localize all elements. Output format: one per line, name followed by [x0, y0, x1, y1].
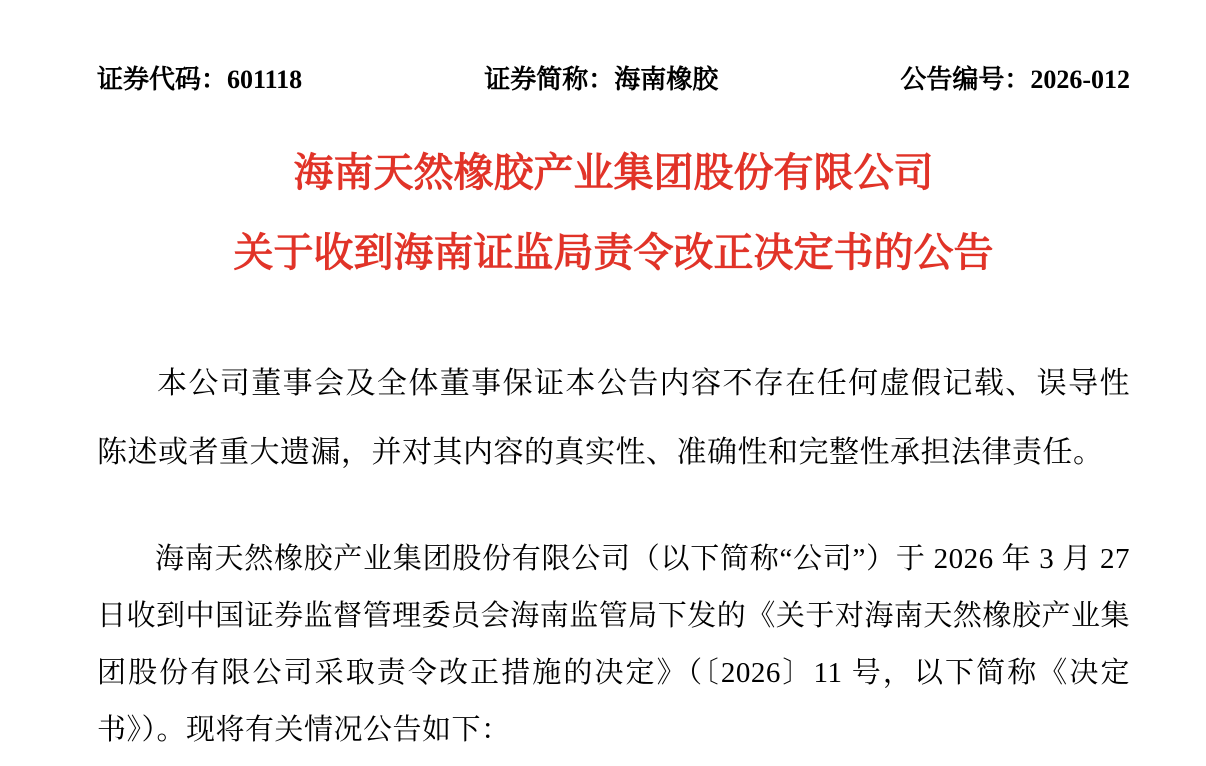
document-page: 证券代码：601118 证券简称：海南橡胶 公告编号：2026-012 海南天然… — [0, 0, 1206, 766]
company-name-title: 海南天然橡胶产业集团股份有限公司 — [97, 149, 1130, 197]
securities-header: 证券代码：601118 证券简称：海南橡胶 公告编号：2026-012 — [97, 64, 1130, 97]
stock-short-name: 证券简称：海南橡胶 — [484, 64, 718, 97]
announcement-number: 公告编号：2026-012 — [900, 64, 1130, 97]
body-paragraph: 海南天然橡胶产业集团股份有限公司（以下简称“公司”）于 2026 年 3 月 2… — [97, 531, 1130, 760]
stock-code: 证券代码：601118 — [97, 64, 302, 97]
board-statement: 本公司董事会及全体董事保证本公告内容不存在任何虚假记载、误导性陈述或者重大遗漏，… — [97, 349, 1130, 487]
announcement-title: 关于收到海南证监局责令改正决定书的公告 — [97, 229, 1130, 277]
